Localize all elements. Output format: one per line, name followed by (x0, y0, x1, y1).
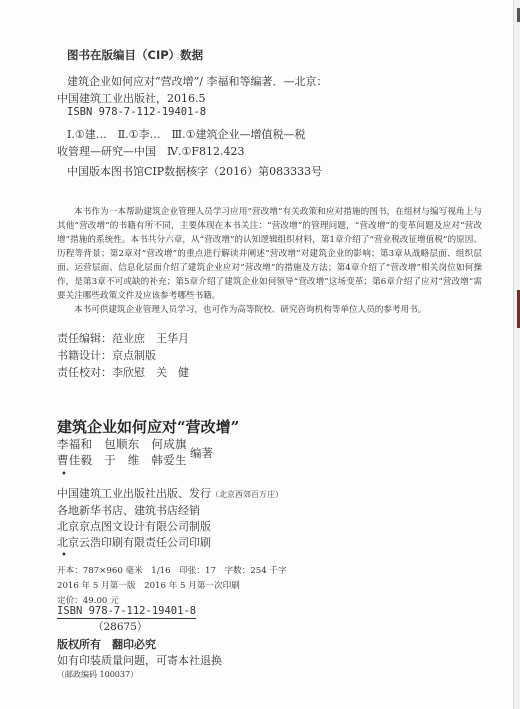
typesetter: 北京京点图文设计有限公司制版 (57, 518, 211, 534)
cip-line-3: ISBN 978-7-112-19401-8 (67, 106, 206, 118)
book-specs: 开本：787×960 毫米 1/16 印张：17 字数：254 千字 (57, 564, 287, 576)
publisher-line: 中国建筑工业出版社出版、发行（北京西郊百万庄） (57, 485, 283, 501)
distributor: 各地新华书店、建筑书店经销 (57, 502, 200, 518)
book-title: 建筑企业如何应对“营改增” (57, 416, 239, 437)
isbn-sub-number: （28675） (93, 619, 147, 634)
return-note: 如有印装质量问题，可寄本社退换 (57, 652, 222, 668)
summary-paragraph-2: 本书可供建筑企业管理人员学习，也可作为高等院校、研究咨询机构等单位人员的参考用书… (57, 303, 482, 317)
summary: 本书作为一本帮助建筑企业管理人员学习应用“营改增”有关政策和应对措施的图书，在组… (57, 205, 482, 317)
postcode: （邮政编码 100037） (57, 669, 138, 680)
publisher: 中国建筑工业出版社出版、发行 (57, 487, 211, 500)
cip-line-6: 中国版本图书馆CIP数据核字（2016）第083333号 (67, 163, 322, 179)
cip-line-4: Ⅰ.①建… Ⅱ.①李… Ⅲ.①建筑企业—增值税—税 (67, 126, 306, 142)
summary-paragraph-1: 本书作为一本帮助建筑企业管理人员学习应用“营改增”有关政策和应对措施的图书，在组… (57, 205, 482, 303)
cip-line-1: 建筑企业如何应对“营改增”/ 李福和等编著．—北京： (67, 73, 327, 89)
copyright-page: 图书在版编目（CIP）数据 建筑企业如何应对“营改增”/ 李福和等编著．—北京：… (0, 0, 513, 709)
copyright-notice: 版权所有 翻印必究 (57, 636, 156, 652)
page-edge (513, 0, 520, 709)
printer: 北京云浩印刷有限责任公司印刷 (57, 534, 211, 550)
credit-proofread: 责任校对：李欣慰 关 健 (57, 364, 189, 380)
separator-bullet-2: • (61, 550, 67, 561)
author-role: 编著 (190, 445, 213, 461)
authors-row-2: 曹佳毅 于 维 韩爱生 (57, 452, 187, 468)
cip-line-2: 中国建筑工业出版社，2016.5 (57, 90, 206, 106)
isbn: ISBN 978-7-112-19401-8 (57, 605, 196, 619)
authors-row-1: 李福和 包顺东 何成旗 (57, 436, 187, 452)
publisher-address: （北京西郊百万庄） (211, 490, 283, 499)
separator-bullet: • (61, 469, 67, 480)
cip-line-5: 收管理—研究—中国 Ⅳ.①F812.423 (57, 143, 244, 159)
cip-heading: 图书在版编目（CIP）数据 (67, 47, 203, 63)
edition: 2016 年 5 月第一版 2016 年 5 月第一次印刷 (57, 579, 240, 591)
credit-editor: 责任编辑：范业庶 王华月 (57, 330, 189, 346)
credit-design: 书籍设计：京点制版 (57, 347, 156, 363)
